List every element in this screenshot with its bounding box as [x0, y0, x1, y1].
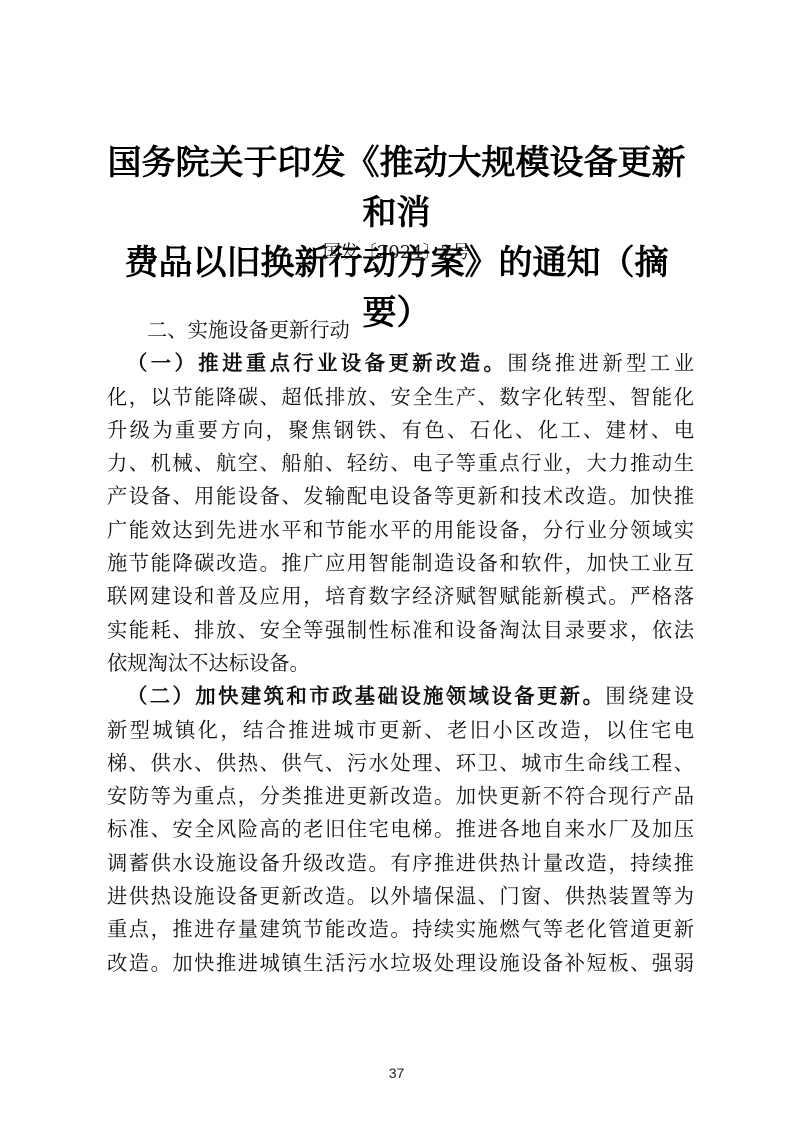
section-heading: 二、实施设备更新行动	[107, 314, 694, 347]
paragraph-line: 依规淘汰不达标设备。	[107, 647, 694, 680]
page-number: 37	[0, 1065, 793, 1081]
paragraph-line: 广能效达到先进水平和节能水平的用能设备，分行业分领域实	[107, 514, 694, 547]
document-title: 国务院关于印发《推动大规模设备更新和消 费品以旧换新行动方案》的通知（摘要）	[100, 138, 693, 338]
document-page: 国务院关于印发《推动大规模设备更新和消 费品以旧换新行动方案》的通知（摘要） 国…	[0, 0, 793, 1122]
paragraph-line: 梯、供水、供热、供气、污水处理、环卫、城市生命线工程、	[107, 747, 694, 780]
paragraph-1-text: 围绕推进新型工业	[507, 351, 694, 375]
paragraph-line: 产设备、用能设备、发输配电设备等更新和技术改造。加快推	[107, 480, 694, 513]
paragraph-line: 调蓄供水设施设备升级改造。有序推进供热计量改造，持续推	[107, 847, 694, 880]
paragraph-1-lead: （一）推进重点行业设备更新改造。	[127, 351, 507, 375]
paragraph-2-line-1: （二）加快建筑和市政基础设施领域设备更新。围绕建设	[107, 680, 694, 713]
paragraph-line: 化，以节能降碳、超低排放、安全生产、数字化转型、智能化	[107, 381, 694, 414]
paragraph-line: 重点，推进存量建筑节能改造。持续实施燃气等老化管道更新	[107, 913, 694, 946]
paragraph-line: 新型城镇化，结合推进城市更新、老旧小区改造，以住宅电	[107, 714, 694, 747]
paragraph-line: 力、机械、航空、船舶、轻纺、电子等重点行业，大力推动生	[107, 447, 694, 480]
paragraph-line: 实能耗、排放、安全等强制性标准和设备淘汰目录要求，依法	[107, 614, 694, 647]
paragraph-1-line-1: （一）推进重点行业设备更新改造。围绕推进新型工业	[107, 347, 694, 380]
document-body: 二、实施设备更新行动 （一）推进重点行业设备更新改造。围绕推进新型工业 化，以节…	[107, 314, 694, 980]
paragraph-2-lead: （二）加快建筑和市政基础设施领域设备更新。	[127, 684, 605, 708]
paragraph-line: 改造。加快推进城镇生活污水垃圾处理设施设备补短板、强弱	[107, 947, 694, 980]
paragraph-line: 标准、安全风险高的老旧住宅电梯。推进各地自来水厂及加压	[107, 813, 694, 846]
paragraph-line: 联网建设和普及应用，培育数字经济赋智赋能新模式。严格落	[107, 580, 694, 613]
paragraph-line: 升级为重要方向，聚焦钢铁、有色、石化、化工、建材、电	[107, 414, 694, 447]
paragraph-2-text: 围绕建设	[605, 684, 694, 708]
paragraph-line: 安防等为重点，分类推进更新改造。加快更新不符合现行产品	[107, 780, 694, 813]
paragraph-line: 施节能降碳改造。推广应用智能制造设备和软件，加快工业互	[107, 547, 694, 580]
paragraph-line: 进供热设施设备更新改造。以外墙保温、门窗、供热装置等为	[107, 880, 694, 913]
document-number: 国发〔2024〕7号	[100, 240, 693, 266]
title-line-1: 国务院关于印发《推动大规模设备更新和消	[100, 138, 693, 238]
